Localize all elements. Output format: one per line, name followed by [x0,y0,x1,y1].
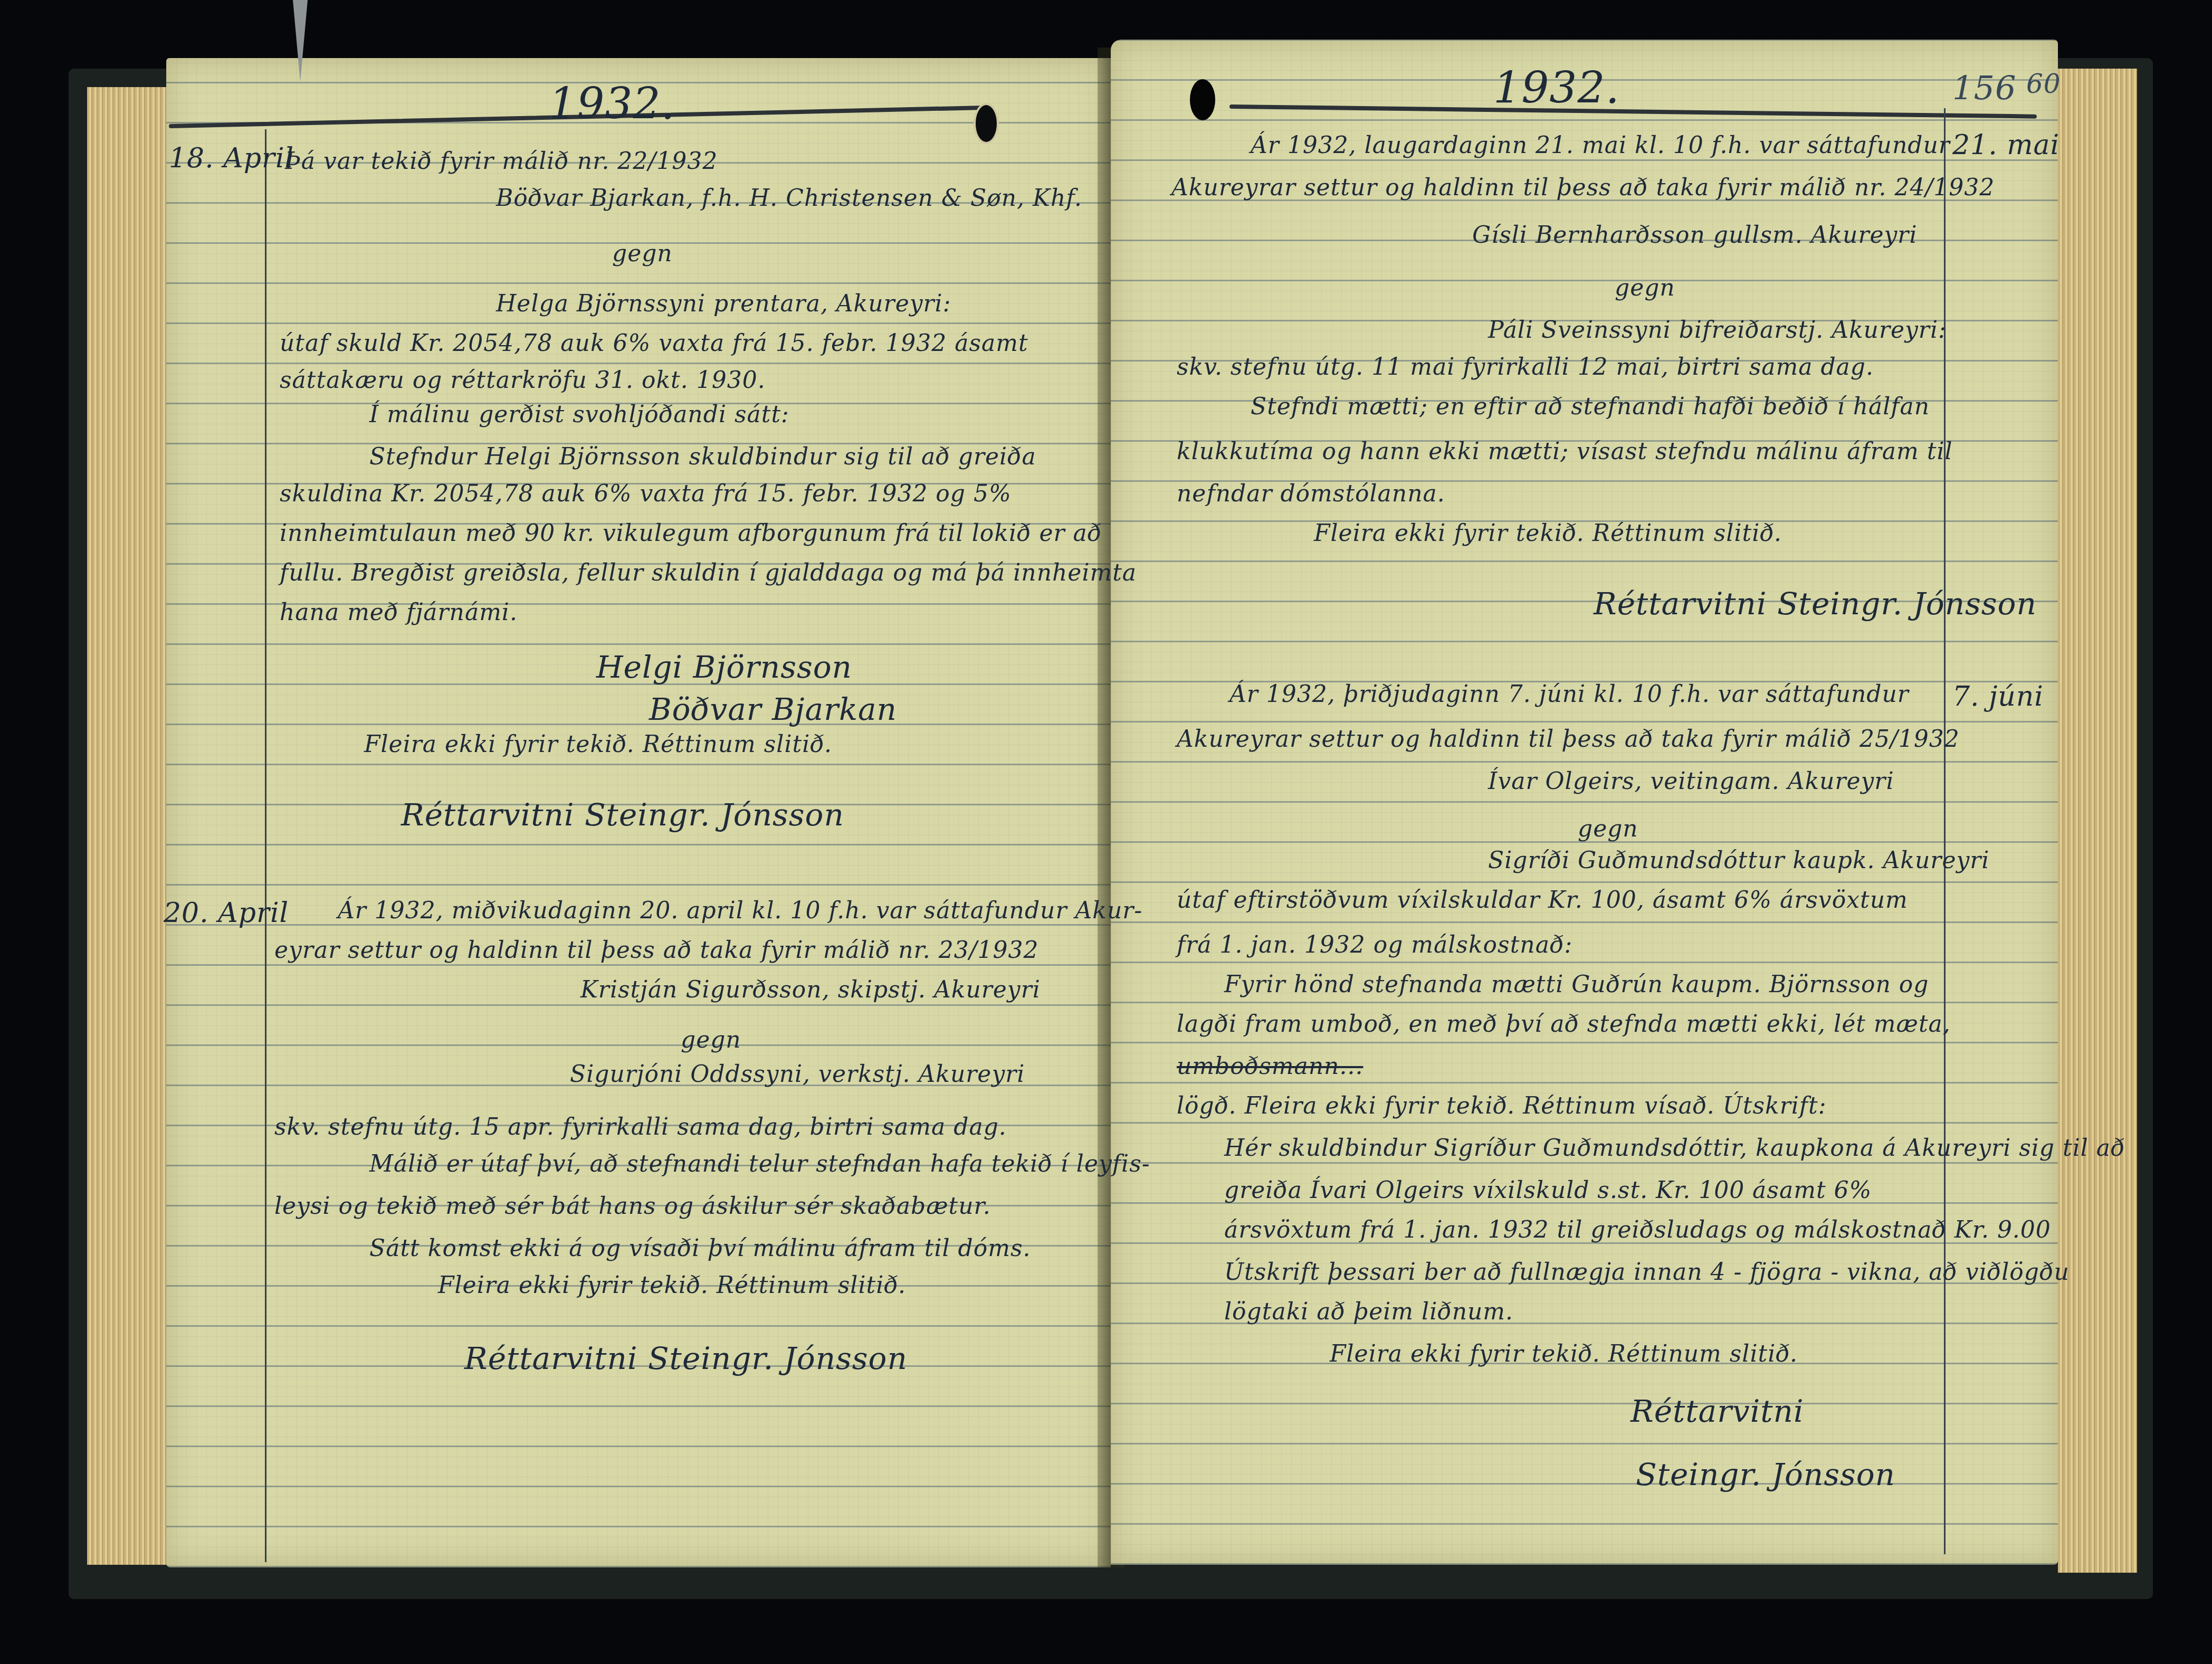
entry-line: skv. stefnu útg. 11 mai fyrirkalli 12 ma… [1177,354,1874,381]
entry-date: 7. júni [1952,681,2044,712]
closing-statement: Fleira ekki fyrir tekið. Réttinum slitið… [364,731,832,758]
entry-line: Páli Sveinssyni bifreiðarstj. Akureyri: [1488,317,1947,344]
entry-line: lögtaki að þeim liðnum. [1224,1298,1513,1325]
entry-line: Gísli Bernharðsson gullsm. Akureyri [1472,222,1917,249]
entry-line: Sigríði Guðmundsdóttur kaupk. Akureyri [1488,847,1989,874]
entry-line: Málið er útaf því, að stefnandi telur st… [369,1150,1150,1177]
entry-line: gegn [1578,815,1638,842]
signature-party: Helgi Björnsson [596,649,852,685]
entry-line: útaf eftirstöðvum víxilskuldar Kr. 100, … [1177,887,1908,914]
punch-hole-left [974,103,999,144]
entry-line: útaf skuld Kr. 2054,78 auk 6% vaxta frá … [280,330,1028,357]
entry-line: lögð. Fleira ekki fyrir tekið. Réttinum … [1177,1092,1827,1119]
judge-signature: Réttarvitni Steingr. Jónsson [401,797,844,833]
entry-line: Fyrir hönd stefnanda mætti Guðrún kaupm.… [1224,971,1929,998]
entry-line: eyrar settur og haldinn til þess að taka… [274,937,1039,964]
left-margin-column-rule [265,129,266,1562]
page-edges-right [2058,69,2137,1573]
entry-line: Ár 1932, miðvikudaginn 20. april kl. 10 … [338,897,1142,924]
entry-line: gegn [681,1026,741,1053]
entry-line: hana með fjárnámi. [280,599,518,626]
entry-date: 20. April [164,897,289,929]
entry-line: skuldina Kr. 2054,78 auk 6% vaxta frá 15… [280,480,1012,507]
entry-line: Útskrift þessari ber að fullnægja innan … [1224,1259,2070,1286]
judge-signature: Réttarvitni Steingr. Jónsson [464,1340,908,1376]
entry-line: sáttakæru og réttarkröfu 31. okt. 1930. [280,367,766,394]
entry-line: Akureyrar settur og haldinn til þess að … [1177,726,1960,753]
entry-line: fullu. Bregðist greiðsla, fellur skuldin… [280,559,1137,586]
closing-statement: Fleira ekki fyrir tekið. Réttinum slitið… [1330,1340,1798,1367]
entry-line: Helga Björnssyni prentara, Akureyri: [496,290,951,317]
entry-line: frá 1. jan. 1932 og málskostnað: [1177,931,1572,958]
entry-line: Ár 1932, laugardaginn 21. mai kl. 10 f.h… [1251,132,1950,159]
closing-statement: Fleira ekki fyrir tekið. Réttinum slitið… [1314,520,1782,547]
page-number: 156 [1952,69,2016,107]
entry-line: Ívar Olgeirs, veitingam. Akureyri [1488,768,1894,795]
right-year-header: 1932. [1493,63,1620,113]
entry-line: Kristján Sigurðsson, skipstj. Akureyri [580,976,1041,1003]
entry-line: gegn [612,240,673,267]
entry-date: 18. April [169,142,294,174]
entry-line: Sigurjóni Oddssyni, verkstj. Akureyri [570,1061,1025,1088]
entry-line: Sátt komst ekki á og vísaði því málinu á… [369,1235,1031,1262]
entry-line: innheimtulaun með 90 kr. vikulegum afbor… [280,520,1102,547]
adjacent-page-number: 60 [2026,69,2061,99]
entry-line: skv. stefnu útg. 15 apr. fyrirkalli sama… [274,1114,1007,1140]
entry-line: lagði fram umboð, en með því að stefnda … [1177,1011,1951,1038]
entry-line: gegn [1615,274,1675,301]
punch-hole-right [1190,79,1215,120]
judge-signature-prefix: Réttarvitni [1631,1393,1804,1429]
entry-line: leysi og tekið með sér bát hans og áskil… [274,1193,991,1220]
judge-signature: Steingr. Jónsson [1636,1457,1895,1492]
entry-line: Böðvar Bjarkan, f.h. H. Christensen & Sø… [496,185,1082,212]
struck-entry-line: umboðsmann... [1177,1053,1363,1080]
entry-line: ársvöxtum frá 1. jan. 1932 til greiðslud… [1224,1216,2051,1243]
judge-signature: Réttarvitni Steingr. Jónsson [1594,586,2037,622]
entry-line: Akureyrar settur og haldinn til þess að … [1171,174,1995,201]
entry-line: Í málinu gerðist svohljóðandi sátt: [369,401,789,428]
entry-line: Hér skuldbindur Sigríður Guðmundsdóttir,… [1224,1135,2125,1162]
closing-statement: Fleira ekki fyrir tekið. Réttinum slitið… [438,1272,906,1299]
entry-line: greiða Ívari Olgeirs víxilskuld s.st. Kr… [1224,1177,1872,1204]
entry-line: Þá var tekið fyrir málið nr. 22/1932 [285,148,718,175]
entry-line: klukkutíma og hann ekki mætti; vísast st… [1177,438,1953,465]
page-holder-pin-icon [293,0,308,82]
left-year-header: 1932. [549,79,675,129]
right-page [1111,40,2058,1565]
page-edges-left [87,87,169,1565]
entry-line: nefndar dómstólanna. [1177,480,1445,507]
signature-party: Böðvar Bjarkan [649,691,897,727]
entry-line: Stefndur Helgi Björnsson skuldbindur sig… [369,443,1036,470]
entry-date: 21. mai [1952,129,2060,161]
entry-line: Stefndi mætti; en eftir að stefnandi haf… [1251,393,1930,420]
entry-line: Ár 1932, þriðjudaginn 7. júni kl. 10 f.h… [1229,681,1909,708]
